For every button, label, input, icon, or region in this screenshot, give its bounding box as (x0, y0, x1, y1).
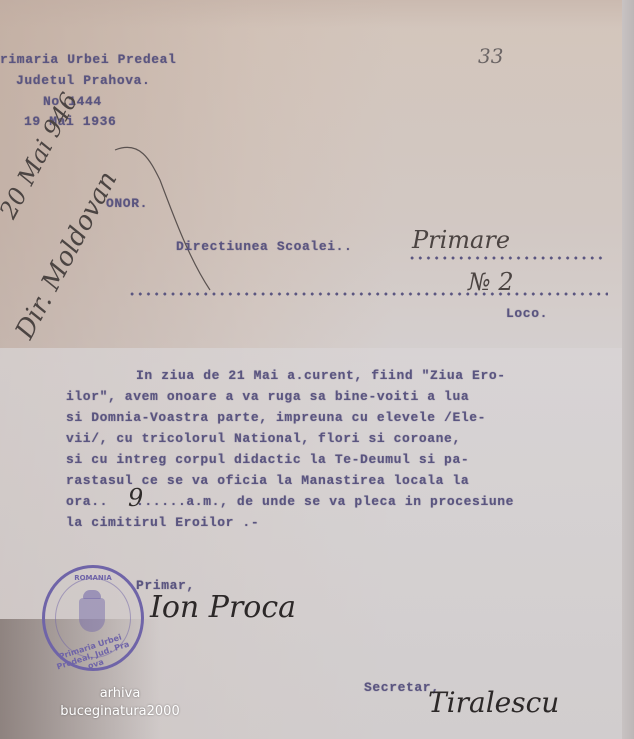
secretary-signature: Tiralescu (428, 686, 559, 719)
body-line-3: si Domnia-Voastra parte, impreuna cu ele… (66, 410, 486, 425)
body-line-8: la cimitirul Eroilor .- (66, 515, 259, 530)
official-stamp: ROMANIA Primaria Urbei Predeal, Jud. Pra… (42, 565, 144, 671)
watermark-line-1: arhiva (0, 686, 240, 701)
body-line-5: si cu intreg corpul didactic la Te-Deumu… (66, 452, 469, 467)
mayor-signature: Ion Proca (150, 590, 296, 625)
addressee-typed: Directiunea Scoalei.. (176, 239, 352, 254)
body-line-7a: ora.. (66, 494, 108, 509)
archive-page-number: 33 (478, 44, 503, 68)
body-line-7b: ......a.m., de unde se va pleca in proce… (136, 494, 514, 509)
addressee-location: Loco. (506, 306, 548, 321)
body-line-6: rastasul ce se va oficia la Manastirea l… (66, 473, 469, 488)
stamp-top-text: ROMANIA (65, 574, 121, 582)
body-line-4: vii/, cu tricolorul National, flori si c… (66, 431, 461, 446)
body-line-2: ilor", avem onoare a va ruga sa bine-voi… (66, 389, 469, 404)
coat-of-arms-icon (79, 598, 105, 632)
paper-top-strip (0, 0, 634, 28)
header-county: Judetul Prahova. (16, 73, 150, 88)
annotation-stroke-icon (110, 140, 230, 300)
addressee-dotted-line (408, 256, 606, 260)
addressee-school-type: Primare (412, 226, 510, 254)
right-margin-edge (622, 0, 634, 739)
watermark-line-2: buceginatura2000 (0, 704, 240, 719)
salutation: ONOR. (106, 196, 148, 211)
second-dotted-line (128, 292, 608, 296)
header-institution: rimaria Urbei Predeal (0, 52, 176, 67)
body-line-1: In ziua de 21 Mai a.curent, fiind "Ziua … (136, 368, 506, 383)
